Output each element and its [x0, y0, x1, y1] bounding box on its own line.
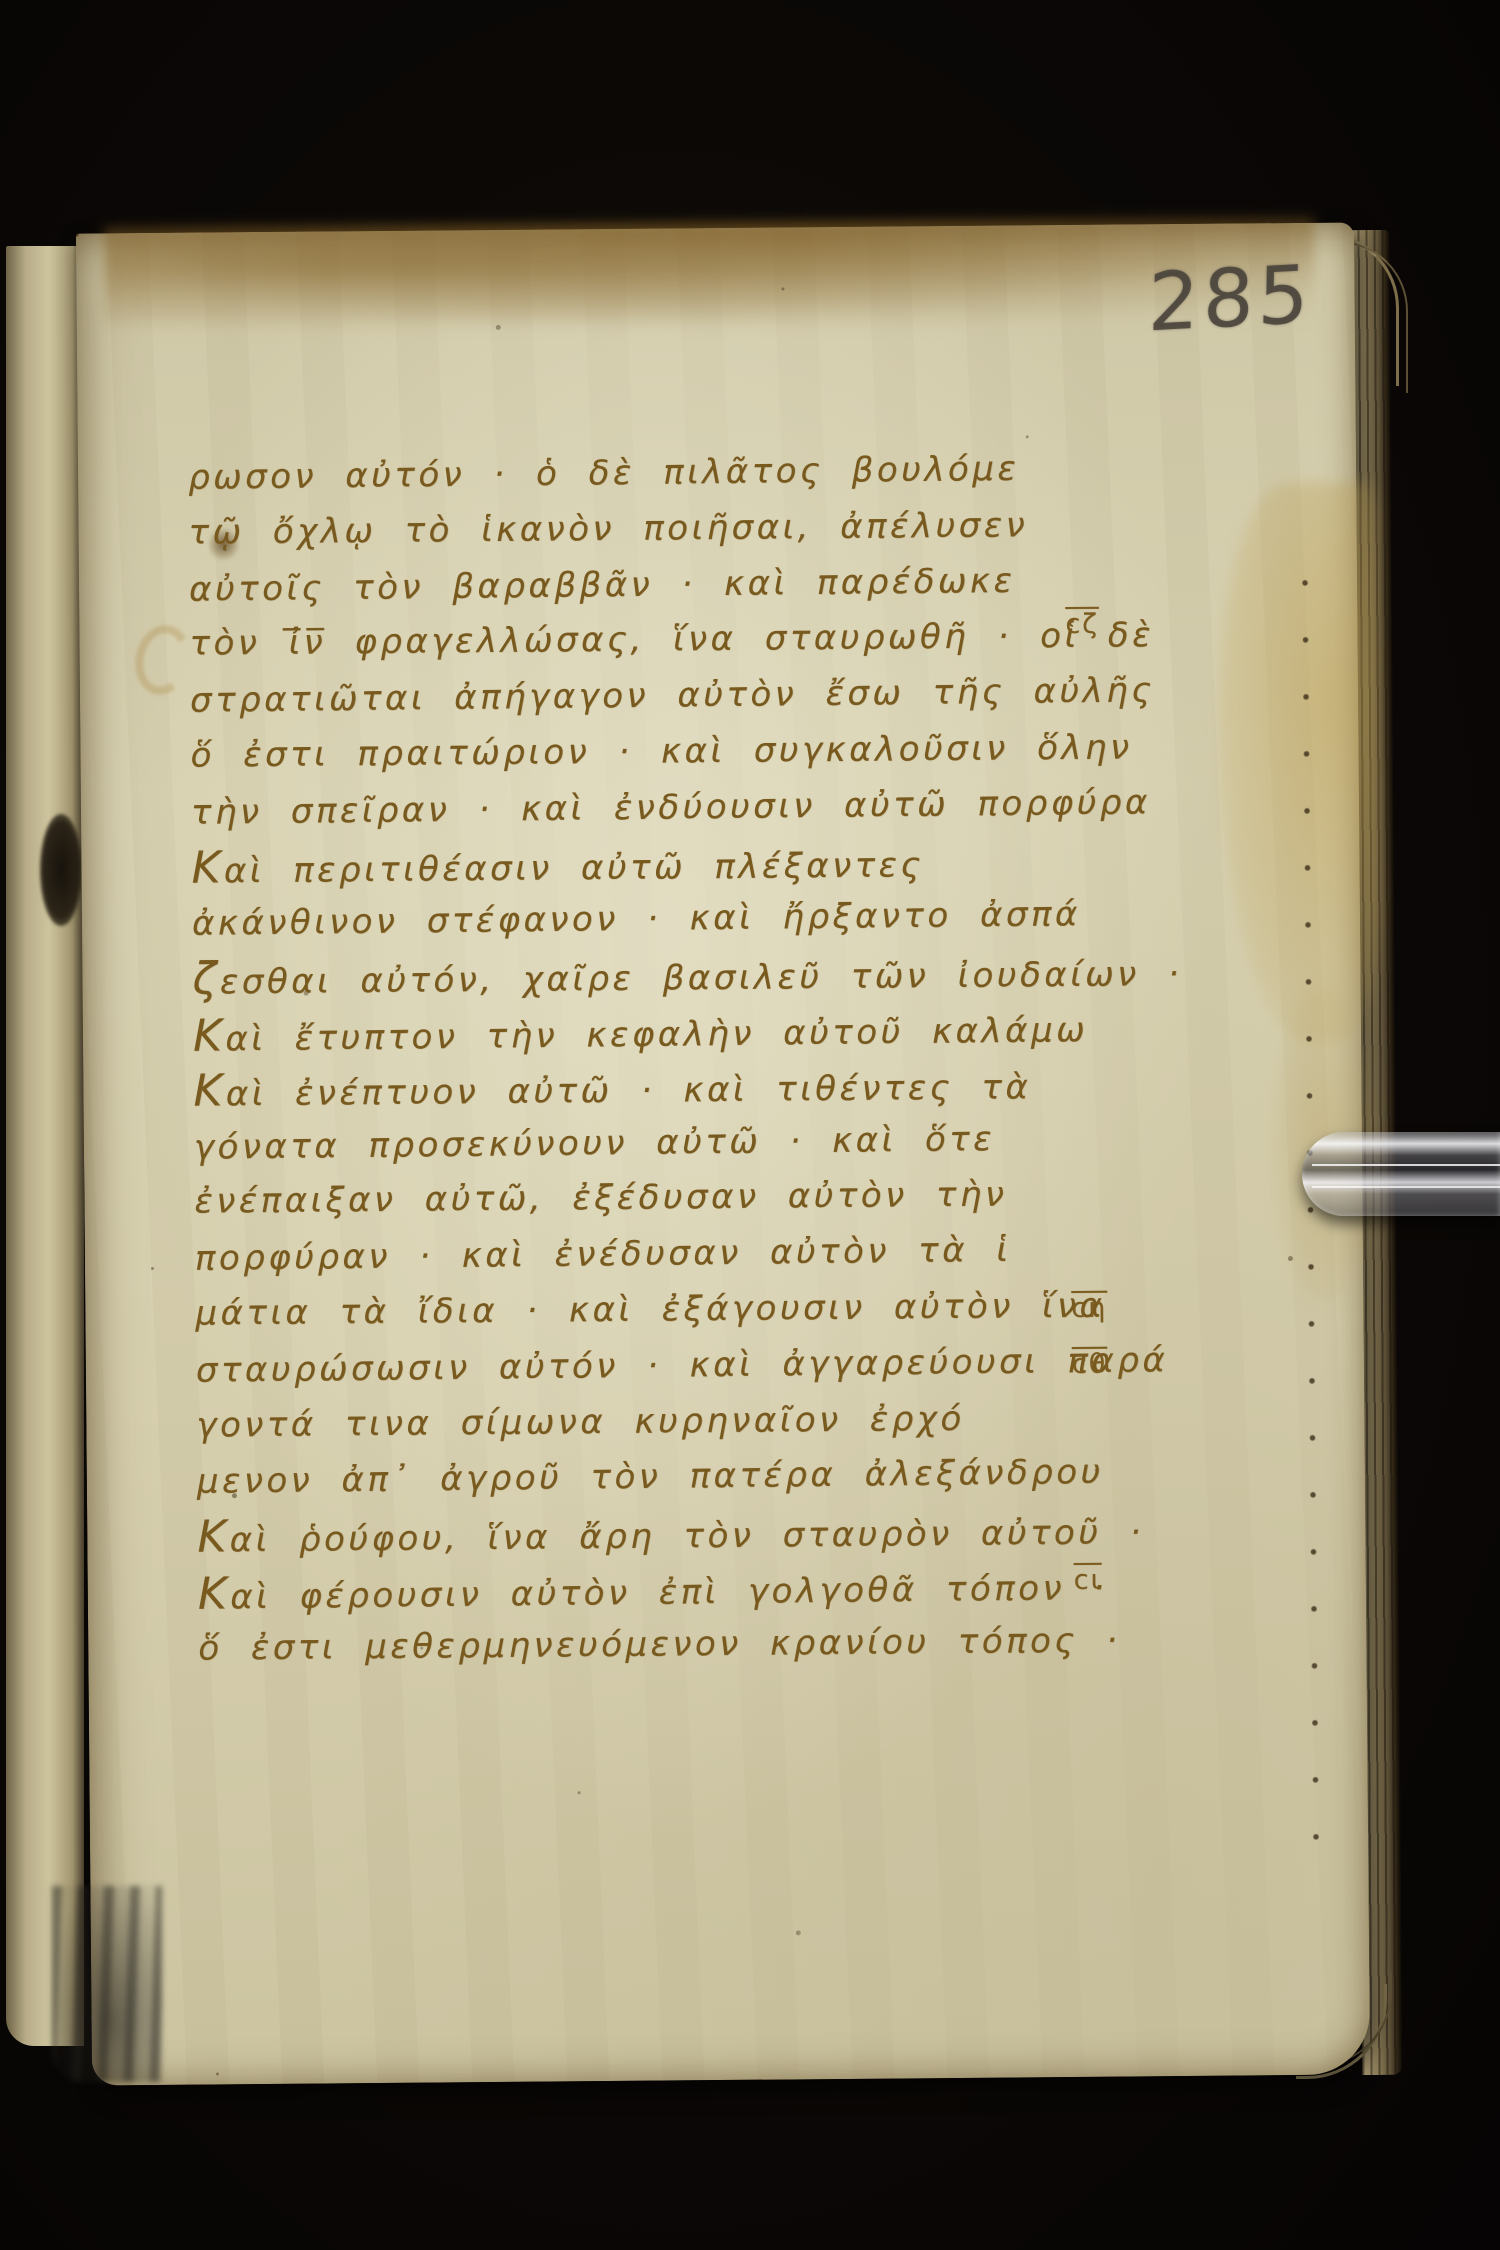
text-line: Καὶ ἔτυπτον τὴν κεφαλὴν αὐτοῦ καλάμω — [193, 997, 1294, 1065]
text-line: αὐτοῖς τὸν βαραββᾶν · καὶ παρέδωκε — [189, 550, 1290, 618]
pricking-holes — [1301, 579, 1320, 1889]
page-holder-clasp — [1302, 1132, 1500, 1216]
parchment-page: ρωσον αὐτόν · ὁ δὲ πιλᾶτος βουλόμε τῷ ὄχ… — [76, 222, 1370, 2085]
text-line: τὴν σπεῖραν · καὶ ἐνδύουσιν αὐτῶ πορφύρα — [191, 774, 1292, 842]
text-line: ὅ ἐστι μεθερμηνευόμενον κρανίου τόπος · — [198, 1612, 1298, 1677]
stain-top-edge — [104, 217, 1315, 340]
folio-number: 285 — [1147, 248, 1313, 350]
text-line: Καὶ ἐνέπτυον αὐτῶ · καὶ τιθέντες τὰ — [193, 1054, 1293, 1119]
marginal-section-number: ϲι — [1074, 1565, 1102, 1596]
text-line: ὅ ἐστι πραιτώριον · καὶ συγκαλοῦσιν ὅλην — [190, 719, 1290, 784]
marginal-section-number: ϲζ — [1065, 609, 1099, 640]
specks — [76, 234, 79, 237]
text-line: τῷ ὄχλῳ τὸ ἱκανὸν ποιῆσαι, ἀπέλυσεν — [188, 496, 1288, 561]
offset-stain — [129, 620, 196, 699]
gutter-facing-leaf — [6, 246, 84, 2046]
charcoal-smudge — [52, 1886, 162, 2082]
text-line: σταυρώσωσιν αὐτόν · καὶ ἀγγαρεύουσι παρά — [196, 1332, 1297, 1400]
text-line: ρωσον αὐτόν · ὁ δὲ πιλᾶτος βουλόμε — [188, 439, 1289, 507]
manuscript-text-block: ρωσον αὐτόν · ὁ δὲ πιλᾶτος βουλόμε τῷ ὄχ… — [188, 440, 1299, 1677]
text-line: γόνατα προσεκύνουν αὐτῶ · καὶ ὅτε — [194, 1108, 1295, 1176]
marginal-section-number: ϲθ — [1072, 1349, 1108, 1380]
text-line: μάτια τὰ ἴδια · καὶ ἐξάγουσιν αὐτὸν ἵνα — [195, 1277, 1295, 1342]
sewing-knot — [40, 814, 82, 926]
marginal-section-number: ϲη — [1071, 1293, 1107, 1324]
text-line: Καὶ φέρουσιν αὐτὸν ἐπὶ γολγοθᾶ τόπον · — [198, 1555, 1299, 1623]
manuscript-photo: ρωσον αὐτόν · ὁ δὲ πιλᾶτος βουλόμε τῷ ὄχ… — [0, 0, 1500, 2250]
